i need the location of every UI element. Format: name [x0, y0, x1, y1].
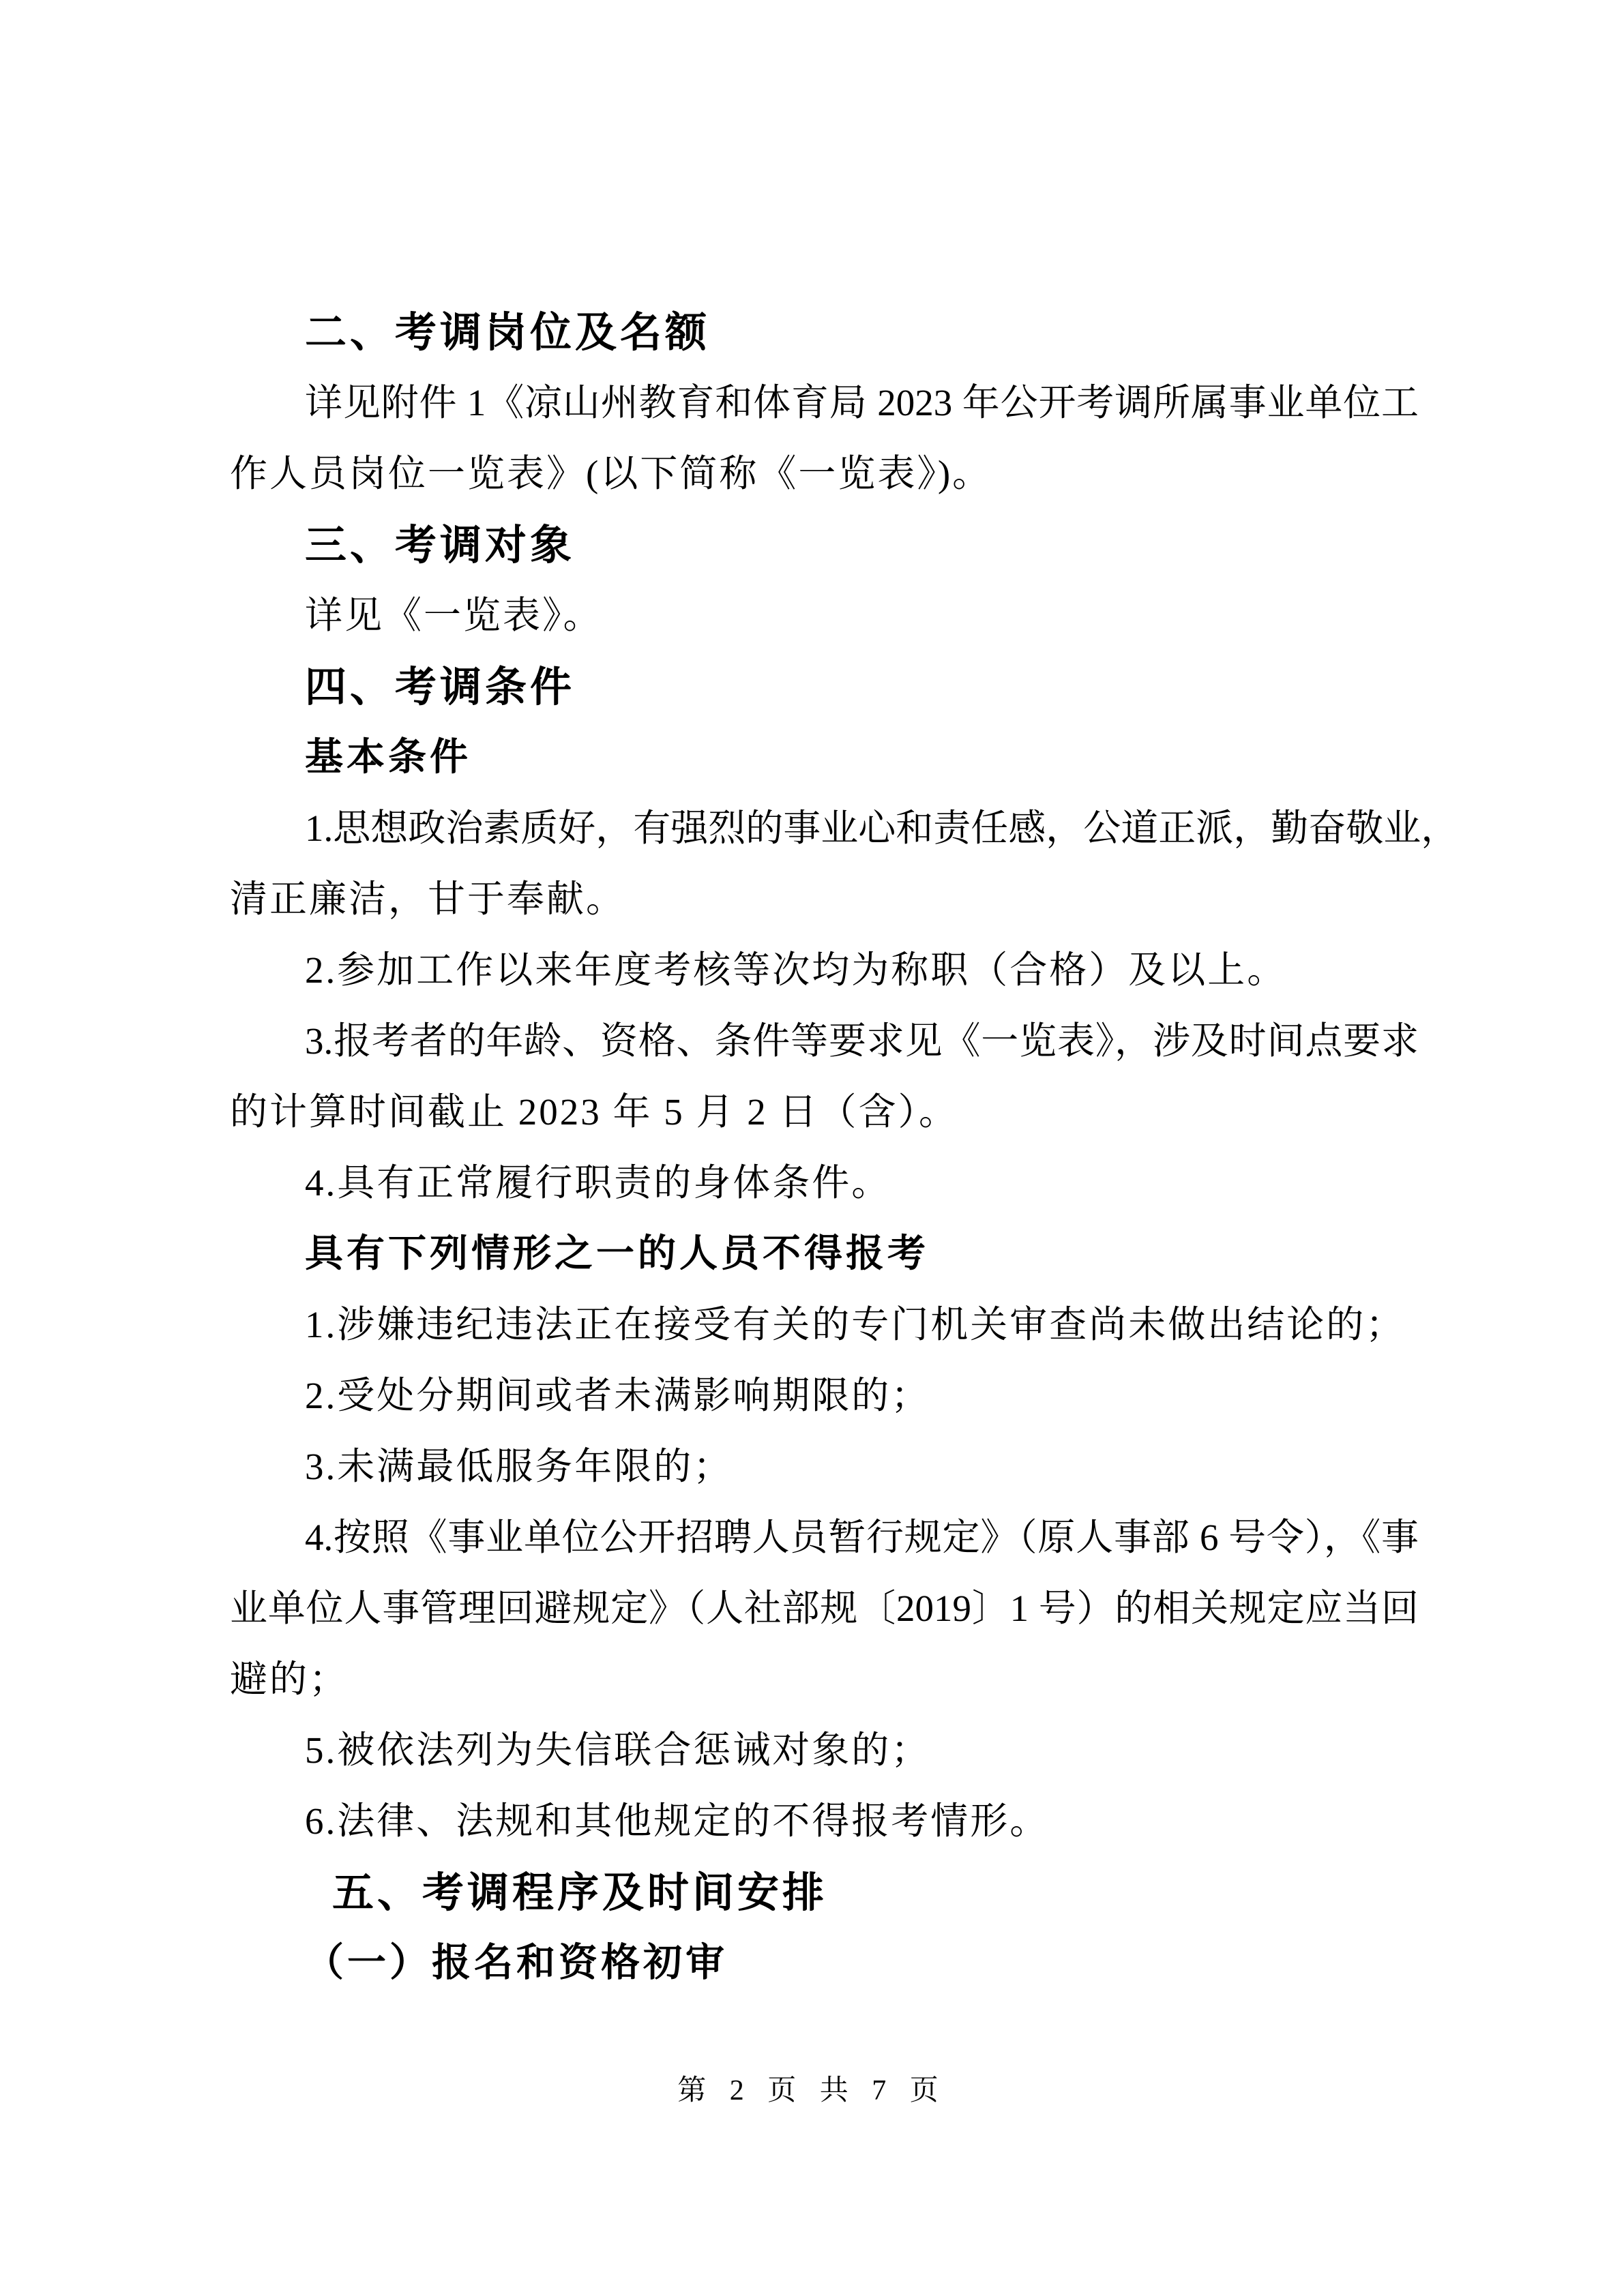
condition-item-3-line-2: 的计算时间截止 2023 年 5 月 2 日（含）。	[230, 1077, 1419, 1148]
disqualification-item-3: 3.未满最低服务年限的；	[230, 1431, 1419, 1502]
heading-section-five: 五、考调程序及时间安排	[230, 1857, 1419, 1928]
subheading-disqualifications: 具有下列情形之一的人员不得报考	[230, 1219, 1419, 1289]
condition-item-2: 2.参加工作以来年度考核等次均为称职（合格）及以上。	[230, 935, 1419, 1006]
disqualification-item-6: 6.法律、法规和其他规定的不得报考情形。	[230, 1786, 1419, 1857]
subheading-basic-conditions: 基本条件	[230, 722, 1419, 793]
condition-item-3-line-1: 3.报考者的年龄、资格、条件等要求见《一览表》，涉及时间点要求	[230, 1006, 1419, 1077]
condition-item-1-line-1: 1.思想政治素质好，有强烈的事业心和责任感，公道正派，勤奋敬业，	[230, 793, 1419, 864]
para-see-table: 详见《一览表》。	[230, 580, 1419, 651]
condition-item-1-line-2: 清正廉洁，甘于奉献。	[230, 864, 1419, 935]
disqualification-item-4-line-3: 避的；	[230, 1644, 1419, 1715]
heading-section-two: 二、考调岗位及名额	[230, 297, 1419, 368]
para-attachment-line-2: 作人员岗位一览表》(以下简称《一览表》)。	[230, 438, 1419, 509]
para-attachment-line-1: 详见附件 1《凉山州教育和体育局 2023 年公开考调所属事业单位工	[230, 368, 1419, 438]
subheading-registration-review: （一）报名和资格初审	[230, 1928, 1419, 1999]
disqualification-item-1: 1.涉嫌违纪违法正在接受有关的专门机关审查尚未做出结论的；	[230, 1289, 1419, 1360]
disqualification-item-2: 2.受处分期间或者未满影响期限的；	[230, 1360, 1419, 1431]
disqualification-item-4-line-2: 业单位人事管理回避规定》（人社部规〔2019〕1 号）的相关规定应当回	[230, 1573, 1419, 1644]
heading-section-four: 四、考调条件	[230, 651, 1419, 722]
heading-section-three: 三、考调对象	[230, 509, 1419, 580]
disqualification-item-4-line-1: 4.按照《事业单位公开招聘人员暂行规定》（原人事部 6 号令），《事	[230, 1502, 1419, 1573]
document-body: 二、考调岗位及名额 详见附件 1《凉山州教育和体育局 2023 年公开考调所属事…	[230, 297, 1419, 1999]
document-page: 二、考调岗位及名额 详见附件 1《凉山州教育和体育局 2023 年公开考调所属事…	[0, 0, 1624, 2296]
disqualification-item-5: 5.被依法列为失信联合惩诫对象的；	[230, 1715, 1419, 1786]
page-footer: 第 2 页 共 7 页	[0, 2068, 1624, 2108]
condition-item-4: 4.具有正常履行职责的身体条件。	[230, 1148, 1419, 1219]
